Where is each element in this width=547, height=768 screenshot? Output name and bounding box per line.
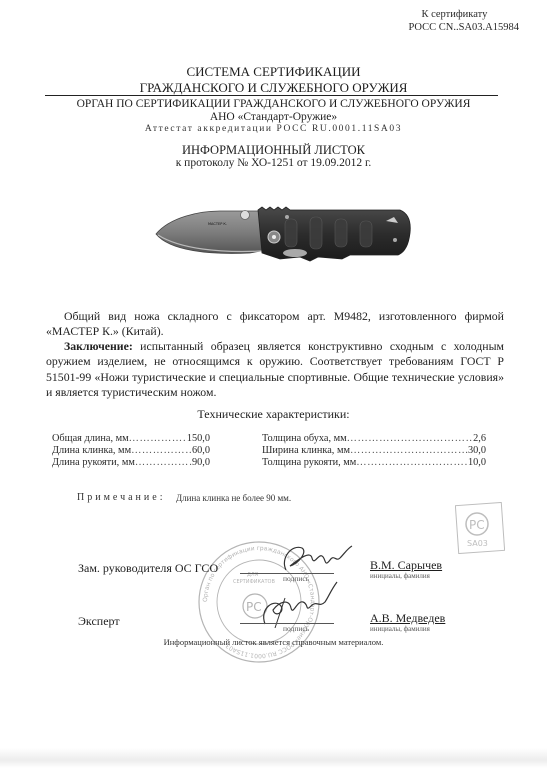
spec-row: Длина клинка, мм……………………………………………60,0 <box>52 445 210 457</box>
accreditation-certificate: Аттестат аккредитации РОСС RU.0001.11SA0… <box>0 124 547 134</box>
spec-label: Толщина рукояти, мм <box>262 457 356 469</box>
signature-2-icon <box>245 578 345 628</box>
signatory-2-role: Эксперт <box>78 614 120 629</box>
spec-value: 90,0 <box>192 457 210 469</box>
certification-body: ОРГАН ПО СЕРТИФИКАЦИИ ГРАЖДАНСКОГО И СЛУ… <box>0 98 547 111</box>
specs-title: Технические характеристики: <box>0 407 547 422</box>
header-divider <box>45 95 498 96</box>
spec-value: 60,0 <box>192 445 210 457</box>
organization-name: АНО «Стандарт-Оружие» <box>0 111 547 124</box>
signatory-1-name: В.М. Сарычев <box>370 558 442 573</box>
conclusion-label: Заключение: <box>64 339 133 353</box>
signatory-2-name: А.В. Медведев <box>370 611 445 626</box>
signatory-2-name-caption: инициалы, фамилия <box>370 625 430 633</box>
spec-row: Толщина рукояти, мм……………………………………………………1… <box>262 457 486 469</box>
note-text: Длина клинка не более 90 мм. <box>176 493 291 503</box>
footer-note: Информационный листок является справочны… <box>0 637 547 647</box>
spec-row: Общая длина, мм……………………………………………150,0 <box>52 433 210 445</box>
spec-label: Длина рукояти, мм <box>52 457 135 469</box>
spec-value: 2,6 <box>473 433 486 445</box>
spec-row: Длина рукояти, мм……………………………………………90,0 <box>52 457 210 469</box>
svg-text:PC: PC <box>469 518 485 532</box>
spec-value: 150,0 <box>187 433 210 445</box>
conclusion-paragraph: Заключение: испытанный образец является … <box>46 339 504 401</box>
spec-row: Толщина обуха, мм……………………………………………………2,6 <box>262 433 486 445</box>
folding-knife-photo-icon: МАСТЕР К. <box>150 203 412 263</box>
signature-2-caption: подпись <box>283 624 309 633</box>
conformity-mark-code: SA03 <box>467 539 488 548</box>
scan-edge-shadow <box>0 748 547 768</box>
signature-1-icon <box>278 540 358 576</box>
signatory-1-name-caption: инициалы, фамилия <box>370 572 430 580</box>
note-label: Примечание: <box>77 492 165 503</box>
certificate-reference: К сертификату РОСС CN..SA03.A15984 <box>408 8 519 34</box>
spec-label: Ширина клинка, мм <box>262 445 350 457</box>
pc-conformity-mark-icon: PC SA03 <box>455 502 505 554</box>
blade-marking: МАСТЕР К. <box>208 222 227 226</box>
spec-row: Ширина клинка, мм……………………………………………………30,… <box>262 445 486 457</box>
certificate-reference-label: К сертификату <box>408 8 519 21</box>
system-title-line2: ГРАЖДАНСКОГО И СЛУЖЕБНОГО ОРУЖИЯ <box>0 80 547 95</box>
general-view-paragraph: Общий вид ножа складного с фиксатором ар… <box>46 309 504 340</box>
system-title-line1: СИСТЕМА СЕРТИФИКАЦИИ <box>0 64 547 79</box>
spec-value: 30,0 <box>468 445 486 457</box>
spec-label: Длина клинка, мм <box>52 445 131 457</box>
spec-value: 10,0 <box>468 457 486 469</box>
spec-label: Общая длина, мм <box>52 433 129 445</box>
signatory-1-role: Зам. руководителя ОС ГСО <box>78 561 218 576</box>
document-title: ИНФОРМАЦИОННЫЙ ЛИСТОК <box>0 143 547 158</box>
document-subtitle: к протоколу № ХО-1251 от 19.09.2012 г. <box>0 157 547 169</box>
information-sheet-page: К сертификату РОСС CN..SA03.A15984 СИСТЕ… <box>0 0 547 768</box>
certificate-number: РОСС CN..SA03.A15984 <box>408 21 519 34</box>
spec-label: Толщина обуха, мм <box>262 433 347 445</box>
signature-1-caption: подпись <box>283 574 309 583</box>
